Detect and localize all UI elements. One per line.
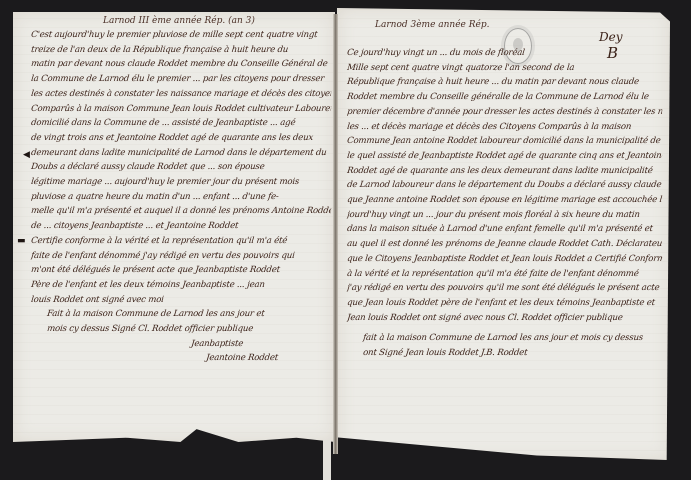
manuscript-line: domicilié dans la Commune de ... assisté… [30, 116, 332, 131]
manuscript-line: ont Signé Jean louis Roddet J.B. Roddet [346, 346, 663, 361]
manuscript-line: de Larnod laboureur dans le département … [346, 178, 663, 193]
manuscript-line: République française à huit heure ... du… [346, 75, 663, 90]
manuscript-line: les actes destinés à constater les naiss… [30, 87, 332, 102]
right-page-header: Larnod 3ème année Rép. [375, 20, 489, 30]
page-number: Dey [599, 30, 623, 44]
margin-dash-icon: ▬ [17, 236, 26, 246]
manuscript-line: j'ay rédigé en vertu des pouvoirs qu'il … [346, 281, 663, 296]
right-page: Larnod 3ème année Rép. Dey B Ce jourd'hu… [337, 8, 670, 460]
manuscript-line: que le Citoyens Jeanbaptiste Roddet et J… [346, 252, 663, 267]
manuscript-line: jourd'huy vingt un ... jour du présent m… [346, 208, 663, 223]
manuscript-line: melle qu'il m'a présenté et auquel il a … [30, 204, 332, 219]
left-page-text: C'est aujourd'huy le premier pluviose de… [31, 28, 331, 366]
manuscript-line: premier décembre d'année pour dresser le… [346, 105, 663, 120]
manuscript-line: Comparûs à la maison Commune Jean louis … [30, 102, 332, 117]
manuscript-line: Fait à la maison Commune de Larnod les a… [30, 307, 332, 322]
manuscript-line: mois cy dessus Signé Cl. Roddet officier… [30, 322, 332, 337]
manuscript-line: de ... citoyens Jeanbaptiste ... et Jean… [30, 219, 332, 234]
manuscript-line: Commune Jean antoine Roddet laboureur do… [346, 134, 663, 149]
manuscript-line: à la vérité et la représentation qu'il m… [346, 267, 663, 282]
manuscript-line: Mille sept cent quatre vingt quatorze l'… [346, 61, 663, 76]
manuscript-line: demeurant dans ladite municipalité de La… [30, 146, 332, 161]
manuscript-line: Père de l'enfant et les deux témoins Jea… [30, 278, 332, 293]
manuscript-line: treize de l'an deux de la République fra… [30, 43, 332, 58]
manuscript-line: le quel assisté de Jeanbaptiste Roddet a… [346, 149, 663, 164]
manuscript-line: les ... et décès mariage et décès des Ci… [346, 120, 663, 135]
margin-bullet-icon: ◀ [23, 150, 30, 160]
left-page-header: Larnod III ème année Rép. (an 3) [103, 16, 255, 26]
manuscript-line: Doubs a déclaré aussy claude Roddet que … [30, 160, 332, 175]
manuscript-line: pluviose a quatre heure du matin d'un ..… [30, 190, 332, 205]
manuscript-line: au quel il est donné les prénoms de Jean… [346, 237, 663, 252]
manuscript-line: la Commune de Larnod élu le premier ... … [30, 72, 332, 87]
manuscript-line: faite de l'enfant dénommé j'ay rédigé en… [30, 249, 332, 264]
manuscript-line: Ce jourd'huy vingt un ... du mois de flo… [346, 46, 663, 61]
manuscript-line: dans la maison située à Larnod d'une enf… [346, 222, 663, 237]
manuscript-line: Roddet agé de quarante ans les deux deme… [346, 164, 663, 179]
manuscript-line: m'ont été délégués le présent acte que J… [30, 263, 332, 278]
signature: Jeantoine Roddet [30, 351, 332, 366]
manuscript-line: fait à la maison Commune de Larnod les a… [346, 331, 663, 346]
manuscript-line: que Jean louis Roddet père de l'enfant e… [346, 296, 663, 311]
manuscript-line: Certifie conforme à la vérité et la repr… [30, 234, 332, 249]
book-gutter [333, 14, 338, 454]
manuscript-line: légitime mariage ... aujourd'huy le prem… [30, 175, 332, 190]
manuscript-line: de vingt trois ans et Jeantoine Roddet a… [30, 131, 332, 146]
left-page: Larnod III ème année Rép. (an 3) C'est a… [13, 12, 335, 442]
manuscript-line: matin par devant nous claude Roddet memb… [30, 57, 332, 72]
manuscript-line: que Jeanne antoine Roddet son épouse en … [346, 193, 663, 208]
manuscript-line: louis Roddet ont signé avec moi [30, 293, 332, 308]
right-page-text: Ce jourd'huy vingt un ... du mois de flo… [347, 46, 662, 361]
manuscript-line: C'est aujourd'huy le premier pluviose de… [30, 28, 332, 43]
manuscript-line: Roddet membre du Conseille généralle de … [346, 90, 663, 105]
manuscript-line: Jean louis Roddet ont signé avec nous Cl… [346, 311, 663, 326]
signature: Jeanbaptiste [30, 337, 332, 352]
binding-tab [323, 440, 331, 480]
